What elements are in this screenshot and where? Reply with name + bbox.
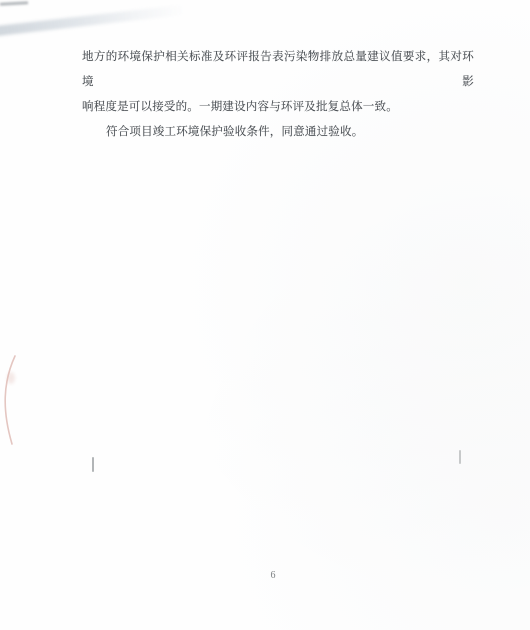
page-number: 6 — [258, 570, 288, 581]
scan-corner-mark — [0, 1, 28, 5]
paragraph-1-line-2: 响程度是可以接受的。一期建设内容与环评及批复总体一致。 — [82, 95, 474, 120]
paragraph-2: 符合项目竣工环境保护验收条件，同意通过验收。 — [82, 120, 474, 145]
stamp-ink-smudge — [7, 372, 15, 384]
scan-shadow-streak — [0, 4, 187, 37]
document-body-text: 地方的环境保护相关标准及环评报告表污染物排放总量建议值要求，其对环境影 响程度是… — [82, 45, 474, 145]
stamp-edge-arc — [0, 354, 20, 446]
paragraph-1-line-1: 地方的环境保护相关标准及环评报告表污染物排放总量建议值要求，其对环境影 — [82, 45, 474, 95]
fold-mark-right — [459, 450, 461, 464]
fold-mark-left — [92, 457, 94, 472]
paragraph-1: 地方的环境保护相关标准及环评报告表污染物排放总量建议值要求，其对环境影 响程度是… — [82, 45, 474, 120]
paragraph-2-line-1: 符合项目竣工环境保护验收条件，同意通过验收。 — [106, 120, 474, 145]
